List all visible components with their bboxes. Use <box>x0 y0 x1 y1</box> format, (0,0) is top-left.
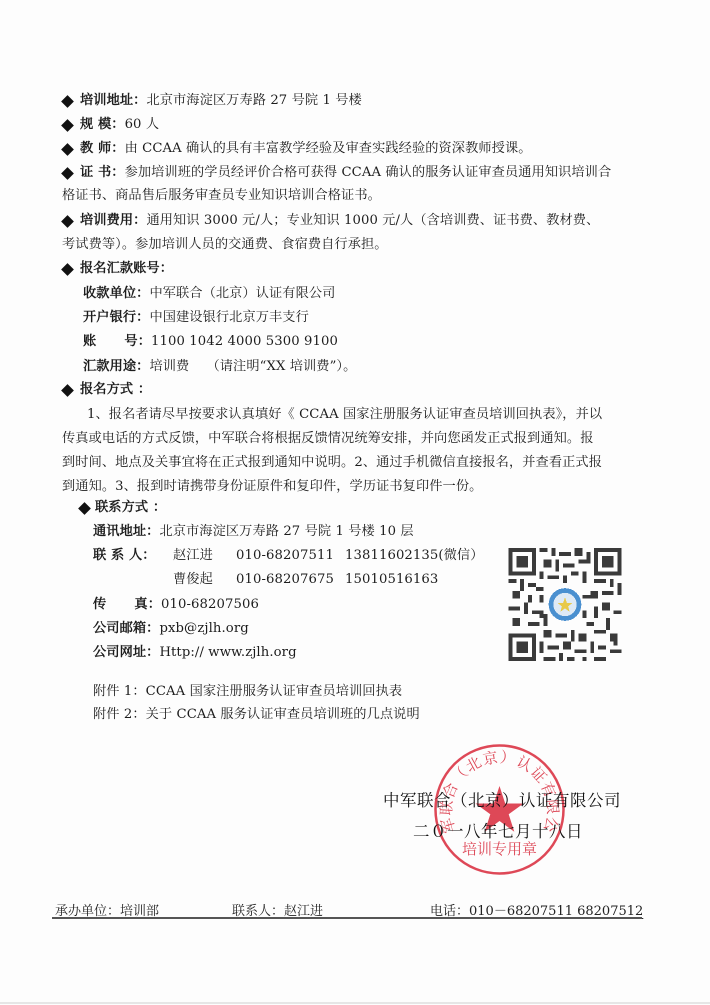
scale-value: 60 人 <box>125 117 160 132</box>
bank-label: 开户银行： <box>83 310 149 325</box>
attachment-1: 附件 1：CCAA 国家注册服务认证审查员培训回执表 <box>93 684 402 700</box>
diamond-bullet-icon <box>61 95 74 108</box>
signature-date: 二０一八年七月十八日 <box>413 818 583 842</box>
page-bottom-edge <box>0 1002 710 1004</box>
registration-line-2: 传真或电话的方式反馈，中军联合将根据反馈情况统筹安排，并向您函发正式报到通知。报 <box>62 431 594 447</box>
stamp-bottom-text: 培训专用章 <box>462 840 537 858</box>
contact-person-2-mobile: 15010516163 <box>345 572 438 588</box>
bank-value: 中国建设银行北京万丰支行 <box>149 310 308 325</box>
training-address-value: 北京市海淀区万寿路 27 号院 1 号楼 <box>146 93 361 108</box>
diamond-bullet-icon <box>61 215 74 228</box>
fax-value: 010-68207506 <box>161 597 259 612</box>
contact-person-2-phone: 010-68207675 <box>236 572 334 588</box>
registration-line-3: 到时间、地点及关事宜将在正式报到通知中说明。2、通过手机微信直接报名，并查看正式… <box>62 455 602 471</box>
email-value[interactable]: pxb@zjlh.org <box>159 621 248 636</box>
payee-label: 收款单位： <box>83 286 149 301</box>
email-label: 公司邮箱： <box>93 621 159 636</box>
fee-value-line2: 考试费等）。参加培训人员的交通费、食宿费自行承担。 <box>62 237 388 253</box>
contact-person-2-name: 曹俊起 <box>173 572 213 588</box>
diamond-bullet-icon <box>61 384 74 397</box>
footer-divider <box>52 917 642 919</box>
certificate-value-line2: 格证书、商品售后服务审查员专业知识培训合格证书。 <box>62 188 381 204</box>
purpose-label: 汇款用途： <box>83 359 149 374</box>
diamond-bullet-icon <box>78 502 91 515</box>
diamond-bullet-icon <box>61 263 74 276</box>
contact-person-1-phone: 010-68207511 <box>236 548 334 564</box>
registration-heading: 报名方式 ： <box>80 382 151 398</box>
payee-value: 中军联合（北京）认证有限公司 <box>149 286 335 301</box>
scale-label: 规 模： <box>80 117 125 132</box>
contact-person-1-name: 赵江进 <box>173 548 213 564</box>
contact-address-value: 北京市海淀区万寿路 27 号院 1 号楼 10 层 <box>159 524 413 539</box>
website-value[interactable]: Http:// www.zjlh.org <box>159 645 296 660</box>
certificate-label: 证 书： <box>80 165 125 180</box>
diamond-bullet-icon <box>61 167 74 180</box>
purpose-value: 培训费 （请注明“XX 培训费”）。 <box>149 359 356 374</box>
fee-label: 培训费用： <box>80 213 146 228</box>
remittance-heading: 报名汇款账号： <box>80 261 173 277</box>
contact-person-1-mobile: 13811602135(微信） <box>345 548 484 564</box>
attachment-2: 附件 2：关于 CCAA 服务认证审查员培训班的几点说明 <box>93 707 420 723</box>
training-address-label: 培训地址： <box>80 93 146 108</box>
contact-persons-label: 联 系 人： <box>93 548 156 564</box>
certificate-value-line1: 参加培训班的学员经评价合格可获得 CCAA 确认的服务认证审查员通用知识培训合 <box>125 165 612 180</box>
qr-code-image <box>507 548 623 661</box>
diamond-bullet-icon <box>61 119 74 132</box>
contact-heading: 联系方式 ： <box>95 500 166 516</box>
teacher-value: 由 CCAA 确认的具有丰富教学经验及审查实践经验的资深教师授课。 <box>125 141 532 156</box>
account-value: 1100 1042 4000 5300 9100 <box>151 334 338 349</box>
diamond-bullet-icon <box>61 143 74 156</box>
signature-company: 中军联合（北京）认证有限公司 <box>383 787 621 811</box>
contact-address-label: 通讯地址： <box>93 524 159 539</box>
account-label: 账 号： <box>83 334 151 349</box>
registration-line-1: 1、报名者请尽早按要求认真填好《 CCAA 国家注册服务认证审查员培训回执表》，… <box>87 407 602 423</box>
registration-line-4: 到通知。3、报到时请携带身份证原件和复印件，学历证书复印件一份。 <box>62 479 482 495</box>
fee-value-line1: 通用知识 3000 元/人；专业知识 1000 元/人（含培训费、证书费、教材费… <box>146 213 599 228</box>
website-label: 公司网址： <box>93 645 159 660</box>
teacher-label: 教 师： <box>80 141 125 156</box>
fax-label: 传 真： <box>93 597 161 612</box>
